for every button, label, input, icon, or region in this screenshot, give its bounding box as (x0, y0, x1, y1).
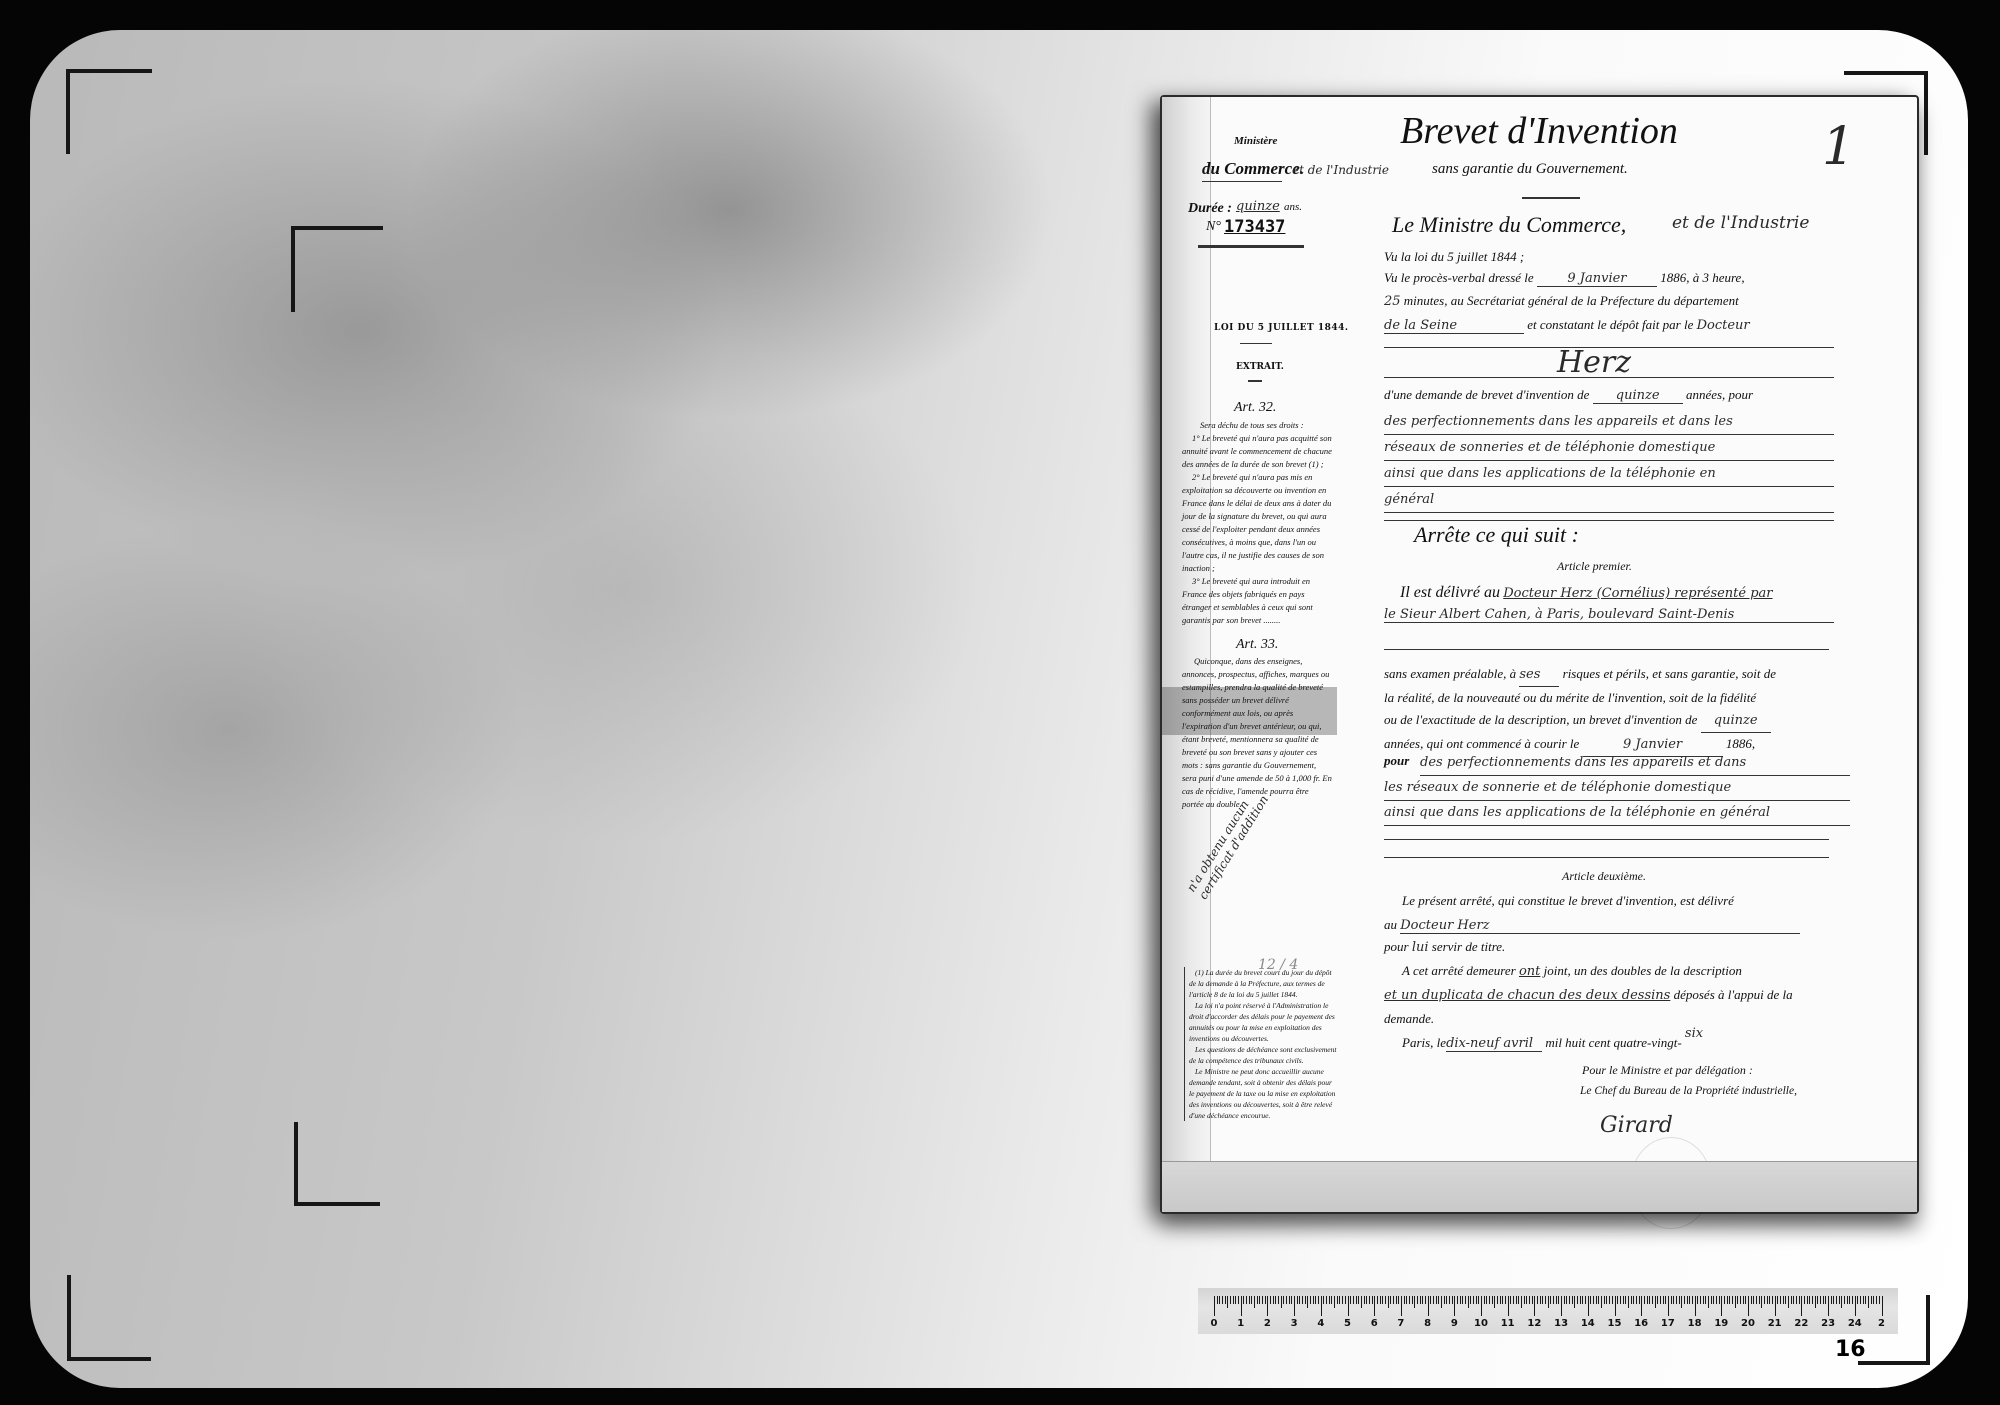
ruler-tick (1409, 1296, 1410, 1304)
article2-recipient-line: au Docteur Herz (1384, 917, 1800, 934)
date-line: Paris, ledix-neuf avril mil huit cent qu… (1402, 1035, 1703, 1052)
article1-end-rule-2 (1384, 857, 1829, 858)
vu-proces: Vu le procès-verbal dressé le 9 Janvier … (1384, 270, 1745, 287)
ruler-tick (1833, 1296, 1834, 1304)
ruler-tick (1631, 1296, 1632, 1304)
ruler-tick (1481, 1296, 1482, 1316)
ruler-tick (1801, 1296, 1802, 1316)
ruler-tick (1510, 1296, 1511, 1304)
ruler-tick (1735, 1296, 1736, 1308)
ruler-tick (1809, 1296, 1810, 1304)
ruler-tick (1751, 1296, 1752, 1304)
ruler-label: 17 (1661, 1318, 1675, 1329)
ruler-tick (1417, 1296, 1418, 1304)
ruler-tick (1529, 1296, 1530, 1304)
ruler-tick (1836, 1296, 1837, 1304)
ruler-tick (1388, 1296, 1389, 1308)
ruler-tick (1777, 1296, 1778, 1304)
ruler-tick (1745, 1296, 1746, 1304)
ruler-tick (1860, 1296, 1861, 1304)
ruler-tick (1820, 1296, 1821, 1304)
ruler-tick (1494, 1296, 1495, 1308)
ruler-tick (1398, 1296, 1399, 1304)
invention-description-1: des perfectionnements dans les appareils… (1384, 409, 1834, 513)
ruler-label: 18 (1688, 1318, 1702, 1329)
ruler-tick (1238, 1296, 1239, 1304)
joint-end: demande. (1384, 1011, 1434, 1027)
ruler-tick (1612, 1296, 1613, 1304)
ruler-tick (1625, 1296, 1626, 1304)
ruler-tick (1689, 1296, 1690, 1304)
ruler-tick (1462, 1296, 1463, 1304)
ruler-tick (1433, 1296, 1434, 1304)
ruler-tick (1617, 1296, 1618, 1304)
ruler-tick (1497, 1296, 1498, 1304)
minister-handwritten: et de l'Industrie (1672, 213, 1809, 233)
ruler-tick (1350, 1296, 1351, 1304)
ruler-tick (1222, 1296, 1223, 1304)
ruler-tick (1660, 1296, 1661, 1304)
ruler-tick (1465, 1296, 1466, 1304)
law-heading: LOI DU 5 JUILLET 1844. (1214, 323, 1349, 333)
ruler-tick (1513, 1296, 1514, 1304)
ruler-tick (1294, 1296, 1295, 1316)
patent-document: Ministère du Commerce. et de l'Industrie… (1160, 95, 1919, 1214)
ruler-tick (1337, 1296, 1338, 1304)
ruler-tick (1428, 1296, 1429, 1316)
ruler-tick (1545, 1296, 1546, 1304)
ruler-tick (1708, 1296, 1709, 1308)
duration-unit: ans. (1284, 201, 1302, 213)
ruler-label: 16 (1634, 1318, 1648, 1329)
ruler-tick (1657, 1296, 1658, 1304)
ruler-tick (1558, 1296, 1559, 1304)
ministry-divider (1202, 181, 1282, 182)
ruler-tick (1676, 1296, 1677, 1304)
ruler-tick (1882, 1296, 1883, 1316)
ruler-tick (1235, 1296, 1236, 1304)
ruler-tick (1502, 1296, 1503, 1304)
ruler-tick (1593, 1296, 1594, 1304)
signature-line-2: Le Chef du Bureau de la Propriété indust… (1580, 1085, 1797, 1097)
document-subtitle: sans garantie du Gouvernement. (1432, 161, 1628, 178)
vu-loi: Vu la loi du 5 juillet 1844 ; (1384, 249, 1524, 265)
ruler-tick (1278, 1296, 1279, 1304)
department: de la Seine (1384, 318, 1524, 334)
ruler-tick (1364, 1296, 1365, 1304)
ruler-tick (1339, 1296, 1340, 1304)
ruler-label: 5 (1344, 1318, 1351, 1329)
ruler-tick (1230, 1296, 1231, 1304)
ruler-tick (1876, 1296, 1877, 1304)
ruler-tick (1259, 1296, 1260, 1304)
footnote: (1) La durée du brevet court du jour du … (1184, 967, 1339, 1121)
ruler-tick (1441, 1296, 1442, 1308)
ruler-tick (1438, 1296, 1439, 1304)
corner-mark-inner-top-left (291, 226, 383, 312)
ruler-tick (1628, 1296, 1629, 1308)
corner-mark-top-left (66, 69, 152, 154)
ruler-tick (1737, 1296, 1738, 1304)
ruler-tick (1727, 1296, 1728, 1304)
ruler-tick (1449, 1296, 1450, 1304)
ruler-label: 14 (1581, 1318, 1595, 1329)
ruler-tick (1879, 1296, 1880, 1304)
embossed-seal (1630, 1137, 1712, 1229)
department-line: de la Seine et constatant le dépôt fait … (1384, 317, 1750, 334)
ruler-tick (1524, 1296, 1525, 1304)
ruler-tick (1753, 1296, 1754, 1304)
signature: Girard (1600, 1113, 1673, 1138)
art33-heading: Art. 33. (1236, 637, 1278, 653)
ruler-tick (1377, 1296, 1378, 1304)
ruler-tick (1831, 1296, 1832, 1304)
article1-heading: Article premier. (1557, 559, 1632, 574)
ruler-label: 2 (1878, 1318, 1885, 1329)
ruler-tick (1641, 1296, 1642, 1316)
ruler-tick (1823, 1296, 1824, 1304)
page-number: 16 (1835, 1337, 1866, 1362)
ruler-tick (1374, 1296, 1375, 1316)
ruler-label: 21 (1768, 1318, 1782, 1329)
ruler-tick (1484, 1296, 1485, 1304)
ruler-tick (1550, 1296, 1551, 1304)
ruler-tick (1873, 1296, 1874, 1304)
ruler-tick (1243, 1296, 1244, 1304)
ruler-tick (1342, 1296, 1343, 1304)
ruler-tick (1420, 1296, 1421, 1304)
joint-handwritten-line: et un duplicata de chacun des deux dessi… (1384, 987, 1793, 1003)
ruler-tick (1620, 1296, 1621, 1304)
ruler-tick (1233, 1296, 1234, 1304)
ruler-tick (1302, 1296, 1303, 1304)
ruler-tick (1604, 1296, 1605, 1304)
ruler-tick (1267, 1296, 1268, 1316)
ministry-handwritten-addition: et de l'Industrie (1292, 163, 1389, 177)
ruler-tick (1804, 1296, 1805, 1304)
ruler-tick (1644, 1296, 1645, 1304)
ruler-tick (1756, 1296, 1757, 1304)
ruler-tick (1700, 1296, 1701, 1304)
ruler-tick (1697, 1296, 1698, 1304)
ruler-tick (1566, 1296, 1567, 1304)
ruler-tick (1262, 1296, 1263, 1304)
ruler-tick (1652, 1296, 1653, 1304)
proces-date: 9 Janvier (1537, 271, 1657, 287)
ruler-tick (1289, 1296, 1290, 1304)
ruler-tick (1537, 1296, 1538, 1304)
ruler-label: 12 (1527, 1318, 1541, 1329)
ruler-tick (1444, 1296, 1445, 1304)
ruler-tick (1839, 1296, 1840, 1304)
ruler-tick (1615, 1296, 1616, 1316)
ruler-tick (1681, 1296, 1682, 1308)
ruler-tick (1356, 1296, 1357, 1304)
ruler-tick (1401, 1296, 1402, 1316)
ruler-tick (1748, 1296, 1749, 1316)
ruler-tick (1815, 1296, 1816, 1308)
ruler-tick (1817, 1296, 1818, 1304)
ruler-tick (1372, 1296, 1373, 1304)
ruler-tick (1852, 1296, 1853, 1304)
ruler-tick (1673, 1296, 1674, 1304)
ruler-tick (1639, 1296, 1640, 1304)
ministry-name: du Commerce. (1202, 159, 1304, 179)
ruler-tick (1286, 1296, 1287, 1304)
ruler-label: 2 (1264, 1318, 1271, 1329)
corner-mark-bottom-left (67, 1275, 151, 1361)
ruler-tick (1590, 1296, 1591, 1304)
ruler-tick (1446, 1296, 1447, 1304)
ruler-tick (1791, 1296, 1792, 1304)
ruler-tick (1849, 1296, 1850, 1304)
ruler-tick (1556, 1296, 1557, 1304)
depositor-title: Docteur (1697, 318, 1750, 333)
ruler-tick (1841, 1296, 1842, 1308)
signature-line-1: Pour le Ministre et par délégation : (1582, 1063, 1753, 1078)
minister-line: Le Ministre du Commerce, (1392, 212, 1626, 238)
ruler-label: 4 (1317, 1318, 1324, 1329)
ruler-label: 13 (1554, 1318, 1568, 1329)
ruler-tick (1582, 1296, 1583, 1304)
ruler-tick (1695, 1296, 1696, 1316)
ruler-tick (1724, 1296, 1725, 1304)
ruler-label: 6 (1371, 1318, 1378, 1329)
ruler-tick (1671, 1296, 1672, 1304)
ruler-label: 0 (1211, 1318, 1218, 1329)
art32-text: Sera déchu de tous ses droits : 1° Le br… (1182, 419, 1332, 627)
corner-mark-inner-bottom-left (294, 1122, 380, 1206)
ruler-tick (1799, 1296, 1800, 1304)
article1-pour: pour (1384, 753, 1409, 769)
ruler-tick (1486, 1296, 1487, 1304)
ruler-tick (1297, 1296, 1298, 1304)
title-divider (1522, 197, 1580, 199)
ruler-label: 15 (1608, 1318, 1622, 1329)
ruler-tick (1655, 1296, 1656, 1308)
ruler-tick (1623, 1296, 1624, 1304)
ruler-tick (1246, 1296, 1247, 1304)
ministry-label: Ministère (1234, 135, 1277, 147)
ruler-tick (1318, 1296, 1319, 1304)
depositor-line-bottom (1384, 377, 1834, 378)
ruler-tick (1414, 1296, 1415, 1308)
ruler-tick (1769, 1296, 1770, 1304)
ruler-tick (1665, 1296, 1666, 1304)
ruler-tick (1775, 1296, 1776, 1316)
ruler-tick (1828, 1296, 1829, 1316)
minutes-line: 25 minutes, au Secrétariat général de la… (1384, 293, 1739, 309)
ruler-tick (1492, 1296, 1493, 1304)
ruler-label: 1 (1237, 1318, 1244, 1329)
ruler-tick (1257, 1296, 1258, 1304)
ruler-tick (1283, 1296, 1284, 1304)
ruler-label: 11 (1501, 1318, 1515, 1329)
ruler-tick (1788, 1296, 1789, 1308)
ruler-tick (1478, 1296, 1479, 1304)
ruler-tick (1679, 1296, 1680, 1304)
ruler-tick (1865, 1296, 1866, 1304)
ruler-tick (1857, 1296, 1858, 1304)
ruler-tick (1500, 1296, 1501, 1304)
ruler-label: 7 (1397, 1318, 1404, 1329)
ruler-tick (1540, 1296, 1541, 1304)
ruler-tick (1564, 1296, 1565, 1304)
article2-body: Le présent arrêté, qui constitue le brev… (1402, 893, 1734, 909)
ruler-tick (1241, 1296, 1242, 1316)
ruler-label: 8 (1424, 1318, 1431, 1329)
ruler-tick (1785, 1296, 1786, 1304)
ruler-tick (1548, 1296, 1549, 1308)
ruler-tick (1436, 1296, 1437, 1304)
ruler-tick (1764, 1296, 1765, 1304)
ruler-tick (1542, 1296, 1543, 1304)
ruler-tick (1740, 1296, 1741, 1304)
ruler-label: 9 (1451, 1318, 1458, 1329)
ruler-tick (1281, 1296, 1282, 1308)
ruler-tick (1249, 1296, 1250, 1304)
law-divider (1240, 343, 1272, 344)
ruler-tick (1518, 1296, 1519, 1304)
ruler-tick (1348, 1296, 1349, 1316)
ruler-tick (1606, 1296, 1607, 1304)
art32-heading: Art. 32. (1234, 400, 1276, 416)
ruler-tick (1225, 1296, 1226, 1304)
ruler-tick (1569, 1296, 1570, 1304)
ruler-tick (1636, 1296, 1637, 1304)
ruler-tick (1534, 1296, 1535, 1316)
ruler-label: 20 (1741, 1318, 1755, 1329)
ruler-tick (1844, 1296, 1845, 1304)
ruler-tick (1331, 1296, 1332, 1304)
ruler-tick (1871, 1296, 1872, 1304)
ruler-tick (1807, 1296, 1808, 1304)
ruler-tick (1713, 1296, 1714, 1304)
folio-mark: 1 (1822, 117, 1855, 177)
ruler-tick (1307, 1296, 1308, 1308)
ruler-tick (1668, 1296, 1669, 1316)
ruler-tick (1684, 1296, 1685, 1304)
extract-heading: EXTRAIT. (1236, 362, 1284, 372)
ruler-tick (1345, 1296, 1346, 1304)
ruler-tick (1596, 1296, 1597, 1304)
duration-label: Durée : (1188, 201, 1232, 217)
patent-number: 173437 (1224, 217, 1285, 237)
ruler-tick (1732, 1296, 1733, 1304)
ruler-tick (1217, 1296, 1218, 1304)
invention-description-2: des perfectionnements dans les appareils… (1420, 751, 1850, 826)
ruler-tick (1692, 1296, 1693, 1304)
ruler-tick (1214, 1296, 1215, 1316)
ruler-tick (1598, 1296, 1599, 1304)
ruler-tick (1353, 1296, 1354, 1304)
ruler-tick (1743, 1296, 1744, 1304)
ruler-tick (1369, 1296, 1370, 1304)
ruler-tick (1868, 1296, 1869, 1308)
ruler-tick (1647, 1296, 1648, 1304)
ruler-tick (1577, 1296, 1578, 1304)
ruler-tick (1326, 1296, 1327, 1304)
ruler-tick (1390, 1296, 1391, 1304)
ruler-label: 19 (1714, 1318, 1728, 1329)
ruler-tick (1761, 1296, 1762, 1308)
article1-recipient-line-2: le Sieur Albert Cahen, à Paris, boulevar… (1384, 607, 1834, 623)
ruler-tick (1468, 1296, 1469, 1308)
ruler-tick (1275, 1296, 1276, 1304)
measurement-ruler: 0123456789101112131415161718192021222324… (1198, 1288, 1898, 1334)
ruler-tick (1521, 1296, 1522, 1308)
ruler-tick (1729, 1296, 1730, 1304)
ruler-tick (1265, 1296, 1266, 1304)
ruler-tick (1767, 1296, 1768, 1304)
ruler-tick (1812, 1296, 1813, 1304)
ruler-tick (1489, 1296, 1490, 1304)
ruler-tick (1772, 1296, 1773, 1304)
ruler-tick (1825, 1296, 1826, 1304)
ruler-tick (1649, 1296, 1650, 1304)
ruler-tick (1305, 1296, 1306, 1304)
ruler-tick (1847, 1296, 1848, 1304)
ruler-tick (1553, 1296, 1554, 1304)
ruler-label: 22 (1794, 1318, 1808, 1329)
ruler-tick (1321, 1296, 1322, 1316)
arrete-heading: Arrête ce qui suit : (1414, 522, 1579, 548)
ruler-tick (1291, 1296, 1292, 1304)
ruler-tick (1580, 1296, 1581, 1304)
ruler-tick (1454, 1296, 1455, 1316)
ruler-tick (1601, 1296, 1602, 1308)
ruler-tick (1561, 1296, 1562, 1316)
ruler-tick (1382, 1296, 1383, 1304)
demande-line: d'une demande de brevet d'invention de q… (1384, 387, 1753, 404)
ruler-tick (1361, 1296, 1362, 1308)
ruler-tick (1251, 1296, 1252, 1304)
article1-recipient: Il est délivré au Docteur Herz (Cornéliu… (1400, 581, 1773, 606)
ruler-tick (1508, 1296, 1509, 1316)
ruler-tick (1863, 1296, 1864, 1304)
ruler-tick (1572, 1296, 1573, 1304)
ruler-tick (1273, 1296, 1274, 1304)
ruler-tick (1315, 1296, 1316, 1304)
ruler-tick (1358, 1296, 1359, 1304)
ruler-tick (1780, 1296, 1781, 1304)
ruler-tick (1366, 1296, 1367, 1304)
ruler-tick (1703, 1296, 1704, 1304)
duration-value: quinze (1236, 199, 1280, 214)
ruler-tick (1711, 1296, 1712, 1304)
ruler-tick (1759, 1296, 1760, 1304)
ruler-tick (1270, 1296, 1271, 1304)
ruler-tick (1526, 1296, 1527, 1304)
ruler-tick (1719, 1296, 1720, 1304)
ruler-tick (1633, 1296, 1634, 1304)
ruler-tick (1452, 1296, 1453, 1304)
ruler-label: 10 (1474, 1318, 1488, 1329)
header-divider (1198, 245, 1304, 248)
ruler-tick (1380, 1296, 1381, 1304)
ruler-tick (1705, 1296, 1706, 1304)
ruler-tick (1609, 1296, 1610, 1304)
ruler-tick (1687, 1296, 1688, 1304)
ruler-tick (1585, 1296, 1586, 1304)
ruler-tick (1310, 1296, 1311, 1304)
ruler-tick (1406, 1296, 1407, 1304)
article1-end-rule-1 (1384, 839, 1829, 840)
ruler-tick (1574, 1296, 1575, 1308)
ruler-tick (1476, 1296, 1477, 1304)
ruler-tick (1422, 1296, 1423, 1304)
ruler-tick (1793, 1296, 1794, 1304)
